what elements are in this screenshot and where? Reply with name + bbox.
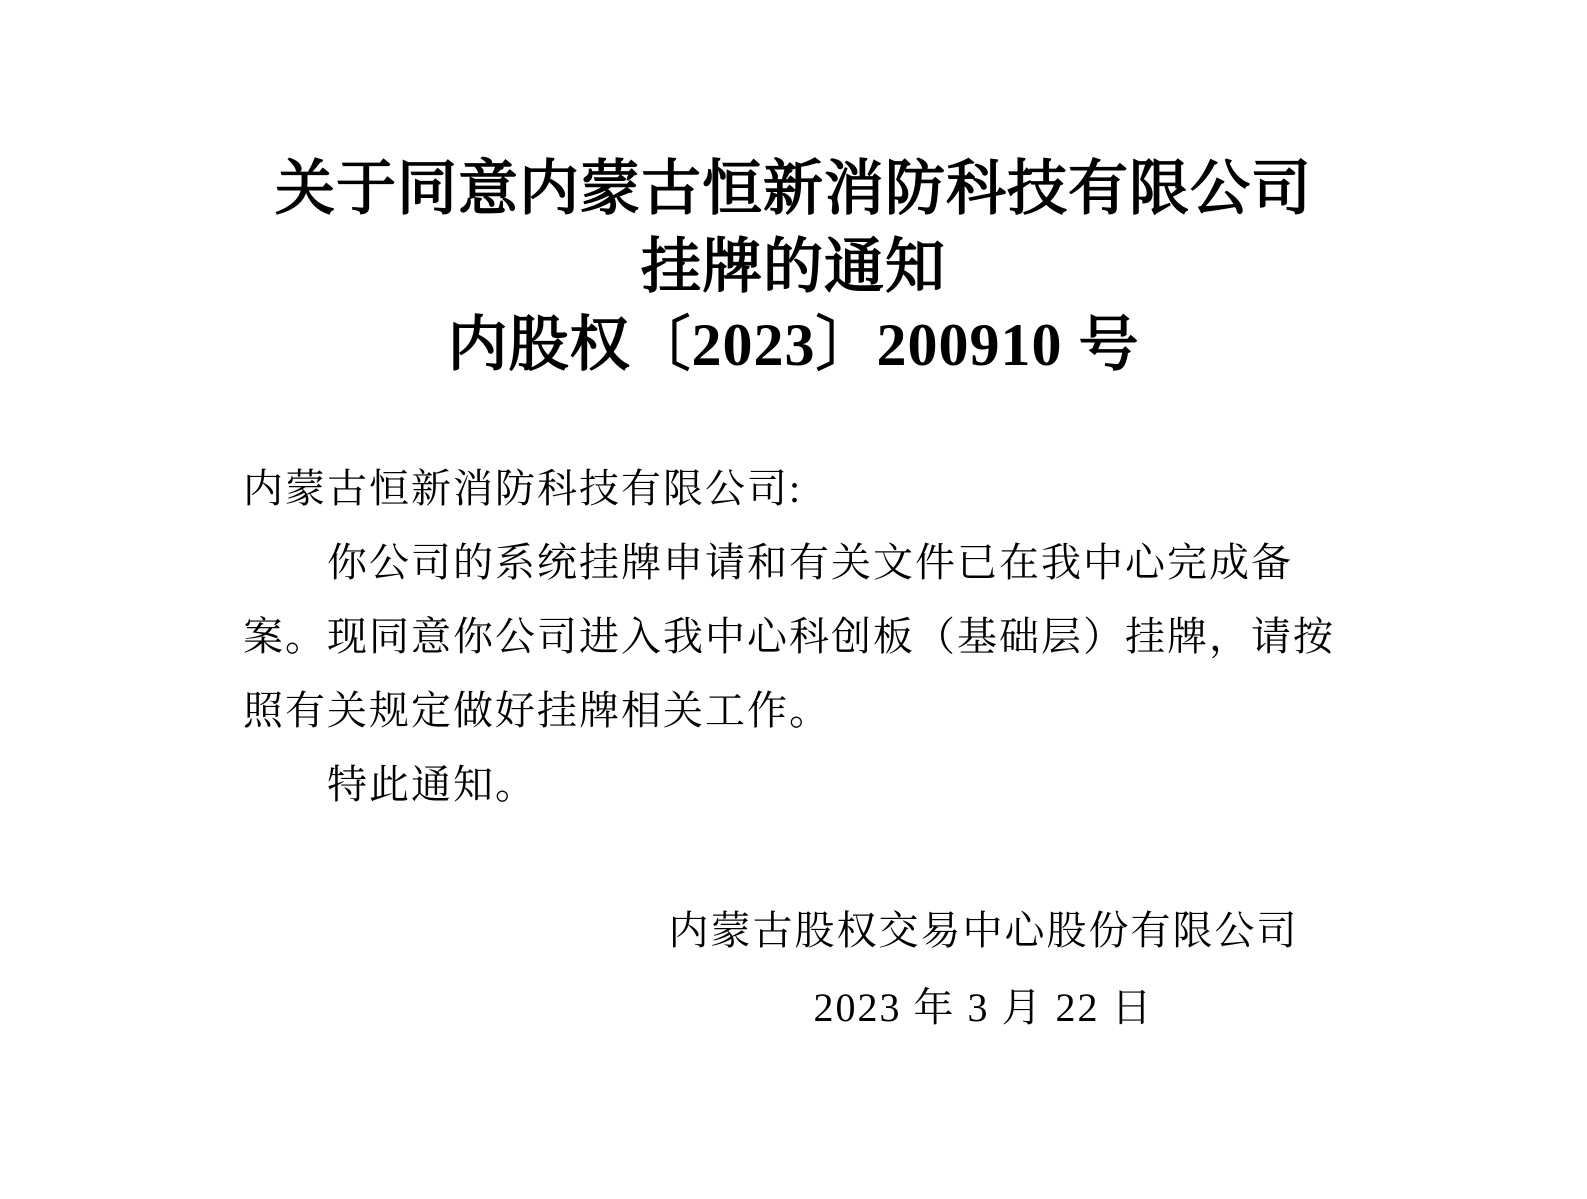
salutation: 内蒙古恒新消防科技有限公司: xyxy=(243,452,1362,526)
signer-name: 内蒙古股权交易中心股份有限公司 xyxy=(380,892,1587,969)
document-header: 关于同意内蒙古恒新消防科技有限公司 挂牌的通知 内股权〔2023〕200910 … xyxy=(0,150,1587,384)
signature-block: 内蒙古股权交易中心股份有限公司 2023 年 3 月 22 日 xyxy=(380,892,1587,1046)
paragraph-line-2: 案。现同意你公司进入我中心科创板（基础层）挂牌，请按 xyxy=(243,600,1362,674)
doc-number: 内股权〔2023〕200910 号 xyxy=(0,306,1587,384)
title-line-2: 挂牌的通知 xyxy=(0,228,1587,306)
paragraph-line-1: 你公司的系统挂牌申请和有关文件已在我中心完成备 xyxy=(243,526,1362,600)
title-line-1: 关于同意内蒙古恒新消防科技有限公司 xyxy=(0,150,1587,228)
closing-line: 特此通知。 xyxy=(243,748,1362,822)
document-body: 内蒙古恒新消防科技有限公司: 你公司的系统挂牌申请和有关文件已在我中心完成备 案… xyxy=(243,452,1362,822)
issue-date: 2023 年 3 月 22 日 xyxy=(380,969,1587,1046)
notice-document: 关于同意内蒙古恒新消防科技有限公司 挂牌的通知 内股权〔2023〕200910 … xyxy=(0,0,1587,1199)
paragraph-line-3: 照有关规定做好挂牌相关工作。 xyxy=(243,674,1362,748)
